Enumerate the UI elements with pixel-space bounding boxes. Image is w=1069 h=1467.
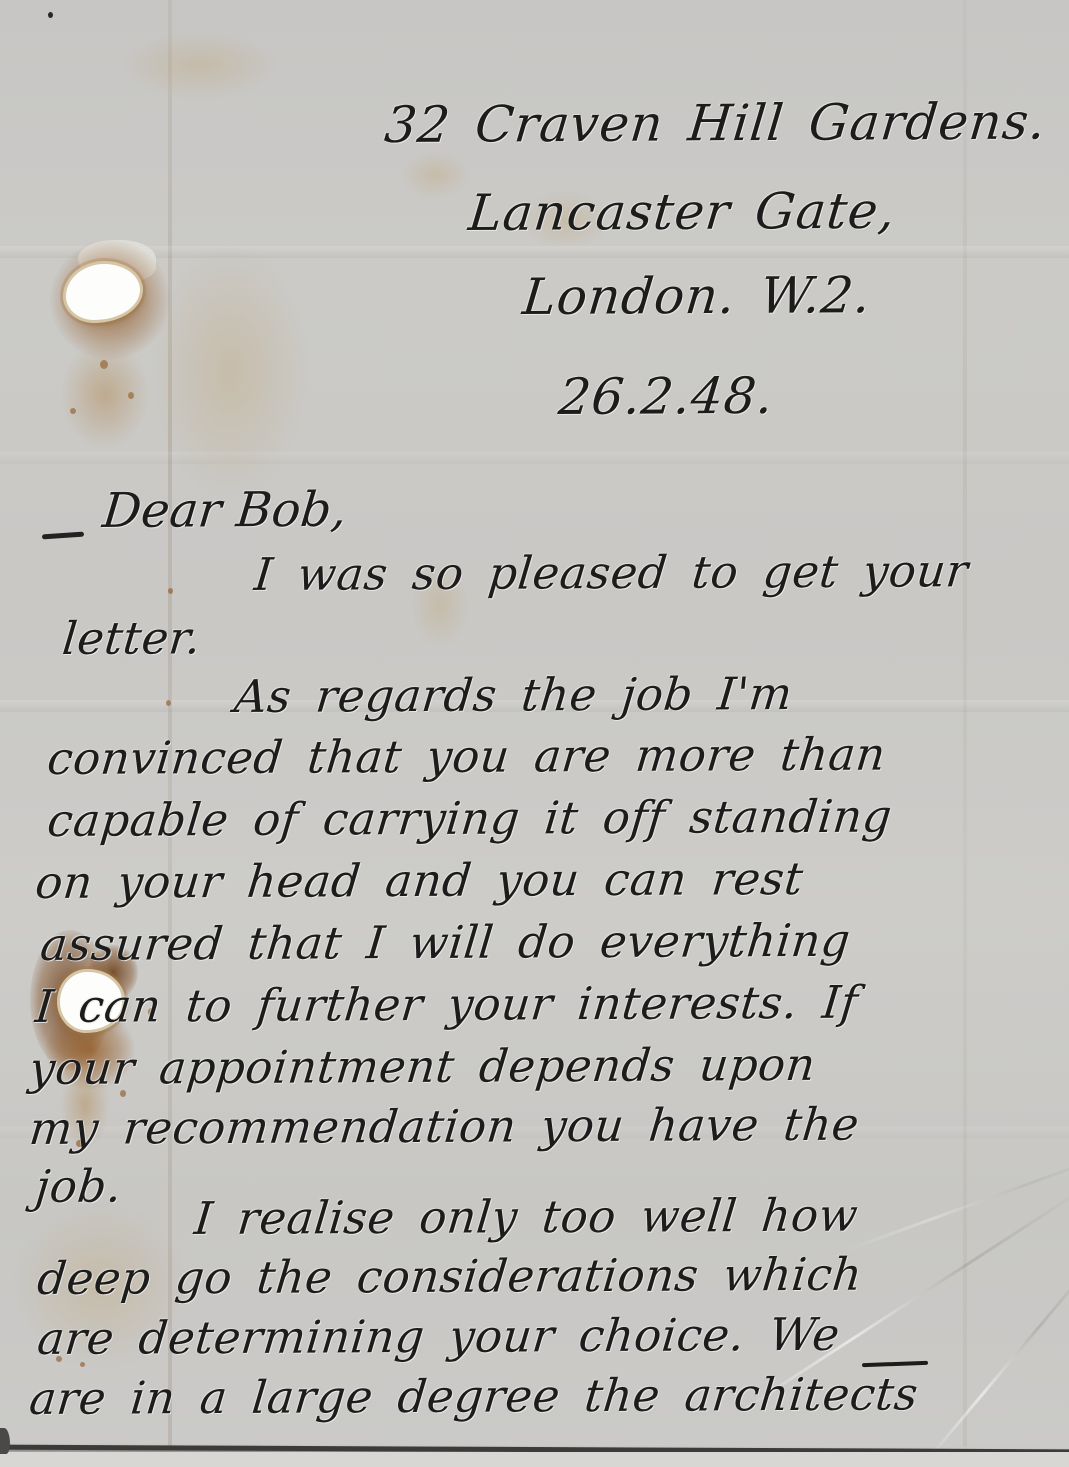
torn-hole-top [66, 264, 140, 320]
body-line: As regards the job I'm [232, 667, 795, 723]
address-line-3: London. W.2. [520, 266, 874, 326]
below-fold-margin [0, 1452, 1069, 1467]
stain-patch [150, 240, 310, 500]
body-line: on your head and you can rest [33, 852, 806, 909]
body-line: are determining your choice. We [35, 1308, 842, 1365]
body-line: are in a large degree the architects [27, 1367, 921, 1425]
body-line: deep go the considerations which [35, 1248, 865, 1305]
salutation: Dear Bob, [100, 482, 350, 539]
vertical-fold-crease-left [168, 0, 172, 1447]
body-line: capable of carrying it off standing [45, 790, 895, 847]
margin-dash-mark [42, 532, 84, 540]
rust-speck [166, 700, 171, 706]
stain-patch [400, 150, 470, 200]
rust-speck [168, 588, 173, 594]
body-line: I can to further your interests. If [33, 976, 861, 1033]
body-line: I realise only too well how [192, 1189, 861, 1245]
underline-stroke [862, 1361, 928, 1367]
address-line-2: Lancaster Gate, [466, 182, 899, 242]
body-line: assured that I will do everything [38, 914, 853, 971]
horizontal-crease-upper [0, 452, 1069, 464]
diagonal-crease-3 [839, 1149, 1069, 1254]
rust-speck [128, 392, 134, 399]
ink-speck [48, 12, 53, 18]
letter-page: 32 Craven Hill Gardens. Lancaster Gate, … [0, 0, 1069, 1467]
body-line: I was so pleased to get your [252, 544, 971, 601]
body-line: convinced that you are more than [45, 728, 888, 785]
vertical-fold-crease-right [963, 0, 967, 1447]
diagonal-crease-2 [925, 1261, 1069, 1462]
body-line: job. [33, 1160, 124, 1213]
rust-stain [60, 340, 150, 450]
bottom-left-edge-curl [0, 1428, 10, 1454]
address-line-1: 32 Craven Hill Gardens. [382, 93, 1049, 154]
body-line: letter. [60, 611, 204, 665]
rust-speck [70, 408, 76, 414]
stain-patch [120, 30, 280, 100]
horizontal-crease-top [0, 246, 1069, 258]
date-line: 26.2.48. [556, 367, 777, 426]
body-line: your appointment depends upon [27, 1038, 818, 1095]
rust-speck [100, 360, 108, 369]
body-line: my recommendation you have the [27, 1098, 862, 1155]
